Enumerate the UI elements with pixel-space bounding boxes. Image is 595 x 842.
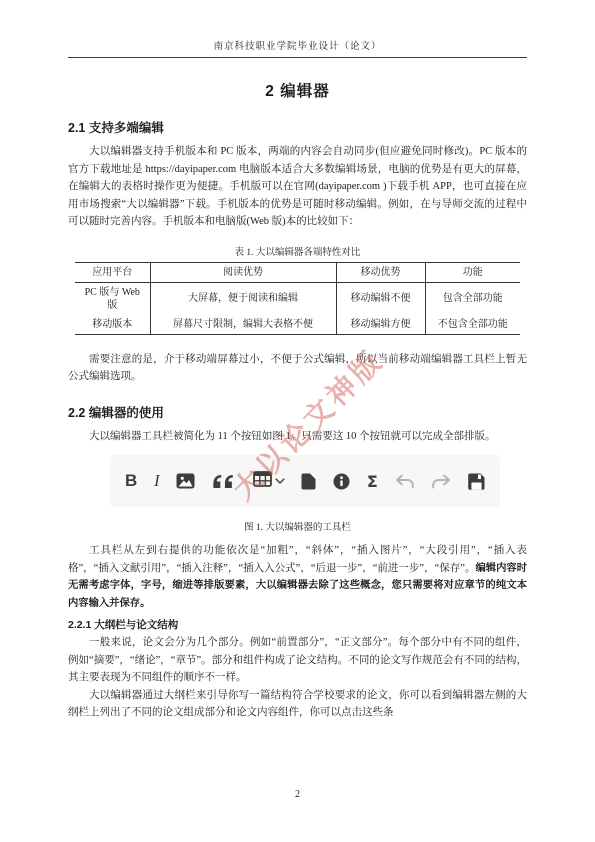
chapter-title: 2 编辑器 [68,79,527,101]
page-content: 2 编辑器 2.1 支持多端编辑 大以编辑器支持手机版本和 PC 版本，两端的内… [0,79,595,722]
comparison-table: 应用平台 阅读优势 移动优势 功能 PC 版与 Web 版 大屏幕，便于阅读和编… [75,262,520,335]
table-cell: 包含全部功能 [425,282,520,315]
save-icon [468,473,485,490]
col-header: 移动优势 [336,262,425,282]
section-heading-2-1: 2.1 支持多端编辑 [68,118,527,136]
page-number: 2 [0,789,595,800]
redo-icon [431,474,451,489]
italic-icon: I [154,471,160,491]
formula-sigma-icon: Σ [367,472,378,491]
insert-table-icon [253,471,272,492]
undo-icon [395,474,415,489]
figure-caption: 图 1. 大以编辑器的工具栏 [68,519,527,533]
insert-image-icon [176,473,195,489]
chevron-down-icon [275,472,285,490]
running-header: 南京科技职业学院毕业设计（论文） [68,38,527,58]
bold-icon: B [125,471,137,491]
paragraph-text: 工具栏从左到右提供的功能依次是“加粗”，“斜体”，“插入图片”，“大段引用”，“… [68,545,527,574]
table-row: 移动版本 屏幕尺寸限制，编辑大表格不便 移动编辑方便 不包含全部功能 [75,315,520,335]
table-cell: 不包含全部功能 [425,315,520,335]
blockquote-icon [212,474,236,489]
table-cell: 移动编辑不便 [336,282,425,315]
info-icon [333,473,350,490]
col-header: 应用平台 [75,262,150,282]
insert-table-button [253,471,285,492]
subsection-heading-2-2-1: 2.2.1 大纲栏与论文结构 [68,617,527,632]
table-caption: 表 1. 大以编辑器各端特性对比 [68,244,527,258]
table-cell: 屏幕尺寸限制，编辑大表格不便 [150,315,336,335]
table-cell: 移动编辑方便 [336,315,425,335]
col-header: 功能 [425,262,520,282]
document-page: 南京科技职业学院毕业设计（论文） 2 编辑器 2.1 支持多端编辑 大以编辑器支… [0,0,595,842]
citation-book-icon [301,473,316,490]
paragraph: 大以编辑器通过大纲栏来引导你写一篇结构符合学校要求的论文，你可以看到编辑器左侧的… [68,687,527,722]
paragraph: 大以编辑器工具栏被简化为 11 个按钮如图 1。只需要这 10 个按钮就可以完成… [68,428,527,446]
editor-toolbar-figure: B I Σ [110,455,500,507]
paragraph: 工具栏从左到右提供的功能依次是“加粗”，“斜体”，“插入图片”，“大段引用”，“… [68,542,527,612]
paragraph: 大以编辑器支持手机版本和 PC 版本，两端的内容会自动同步(但应避免同时修改)。… [68,143,527,231]
table-cell: 移动版本 [75,315,150,335]
table-cell: 大屏幕，便于阅读和编辑 [150,282,336,315]
table-header-row: 应用平台 阅读优势 移动优势 功能 [75,262,520,282]
table-cell: PC 版与 Web 版 [75,282,150,315]
col-header: 阅读优势 [150,262,336,282]
paragraph: 需要注意的是，介于移动端屏幕过小，不便于公式编辑，所以当前移动端编辑器工具栏上暂… [68,351,527,386]
paragraph: 一般来说，论文会分为几个部分。例如“前置部分”，“正文部分”。每个部分中有不同的… [68,634,527,687]
section-heading-2-2: 2.2 编辑器的使用 [68,403,527,421]
table-row: PC 版与 Web 版 大屏幕，便于阅读和编辑 移动编辑不便 包含全部功能 [75,282,520,315]
